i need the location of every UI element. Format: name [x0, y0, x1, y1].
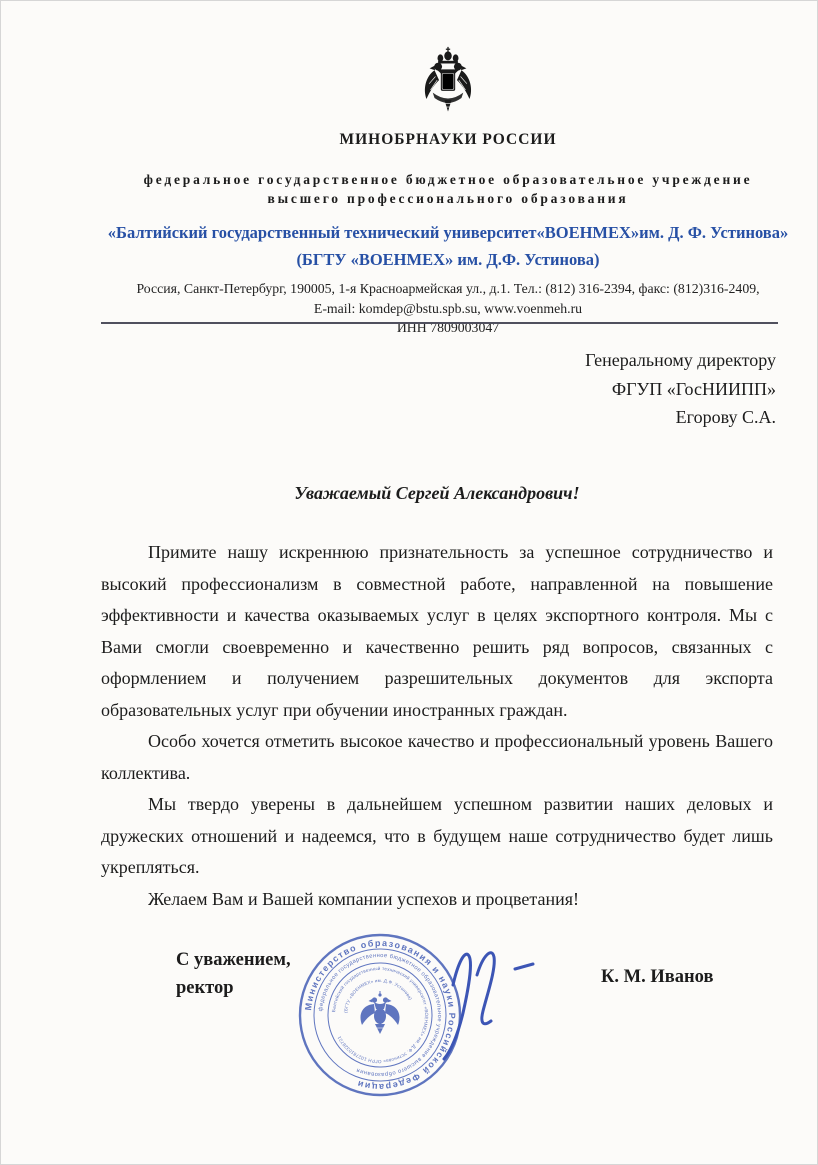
university-name-line2: (БГТУ «ВОЕНМЕХ» им. Д.Ф. Устинова): [105, 246, 791, 273]
recipient-block: Генеральному директору ФГУП «ГосНИИПП» Е…: [585, 346, 776, 432]
recipient-title: Генеральному директору: [585, 346, 776, 375]
university-eagle-emblem: [421, 46, 475, 116]
ministry-title: МИНОБРНАУКИ РОССИИ: [105, 131, 791, 149]
letterhead-divider: [101, 322, 778, 324]
handwritten-signature: [423, 939, 553, 1079]
closing-line: С уважением,: [176, 946, 291, 974]
org-type-line1: федеральное государственное бюджетное об…: [105, 170, 791, 189]
closing-block: С уважением, ректор: [176, 946, 291, 1002]
body-paragraph-3: Мы твердо уверены в дальнейшем успешном …: [101, 789, 773, 884]
address-line: Россия, Санкт-Петербург, 190005, 1-я Кра…: [105, 279, 791, 299]
inn-line: ИНН 7809003047: [105, 318, 791, 338]
letter-page: МИНОБРНАУКИ РОССИИ федеральное государст…: [0, 0, 818, 1165]
org-type-line2: высшего профессионального образования: [105, 189, 791, 208]
closing-title: ректор: [176, 974, 291, 1002]
body-paragraph-4: Желаем Вам и Вашей компании успехов и пр…: [101, 884, 773, 916]
email-line: E-mail: komdep@bstu.spb.su, www.voenmeh.…: [105, 299, 791, 319]
recipient-name: Егорову С.А.: [585, 403, 776, 432]
letterhead: МИНОБРНАУКИ РОССИИ федеральное государст…: [105, 46, 791, 338]
contact-block: Россия, Санкт-Петербург, 190005, 1-я Кра…: [105, 279, 791, 338]
salutation: Уважаемый Сергей Александрович!: [101, 483, 773, 504]
body-paragraph-1: Примите нашу искреннюю признательность з…: [101, 537, 773, 726]
recipient-organization: ФГУП «ГосНИИПП»: [585, 375, 776, 404]
university-name-line1: «Балтийский государственный технический …: [105, 219, 791, 246]
body-paragraph-2: Особо хочется отметить высокое качество …: [101, 726, 773, 789]
stamp-eagle-icon: [361, 991, 400, 1034]
letter-body: Примите нашу искреннюю признательность з…: [101, 537, 773, 915]
signatory-name: К. М. Иванов: [601, 967, 713, 988]
university-name: «Балтийский государственный технический …: [105, 219, 791, 273]
org-type-lines: федеральное государственное бюджетное об…: [105, 170, 791, 208]
